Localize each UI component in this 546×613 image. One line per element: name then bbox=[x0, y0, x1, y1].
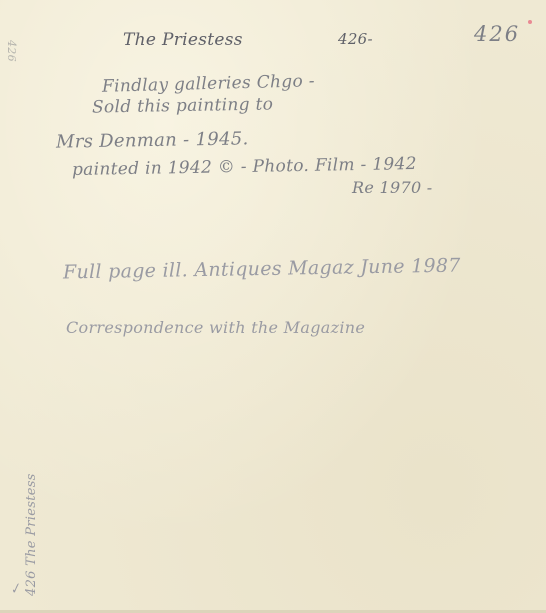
note-publication: Full page ill. Antiques Magaz June 1987 bbox=[63, 255, 461, 284]
note-re: Re 1970 - bbox=[352, 178, 433, 197]
catalog-number: 426- bbox=[338, 30, 373, 48]
corner-catalog-number: 426 bbox=[474, 22, 520, 46]
artwork-title: The Priestess bbox=[123, 30, 243, 50]
side-margin-number: 426 bbox=[5, 40, 18, 62]
check-mark-icon: ✓ bbox=[8, 581, 24, 599]
note-card: The Priestess 426- 426 426 Findlay galle… bbox=[0, 0, 546, 613]
note-gallery: Findlay galleries Chgo - bbox=[102, 71, 315, 97]
side-margin-label: 426 The Priestess bbox=[24, 473, 39, 596]
note-buyer: Mrs Denman - 1945. bbox=[56, 128, 249, 152]
note-painted: painted in 1942 © - Photo. Film - 1942 bbox=[72, 154, 417, 180]
note-correspondence: Correspondence with the Magazine bbox=[66, 318, 365, 337]
red-mark-icon bbox=[528, 20, 532, 24]
note-sold: Sold this painting to bbox=[92, 94, 274, 117]
